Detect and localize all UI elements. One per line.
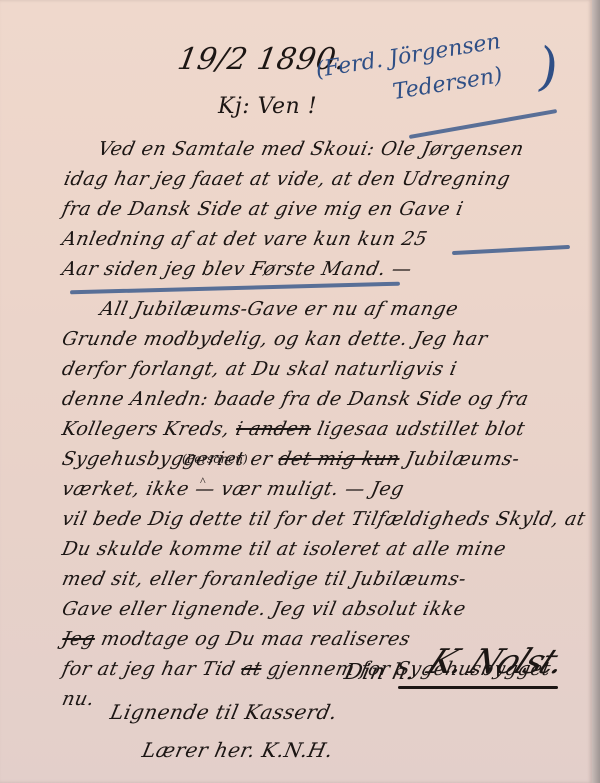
- body-line-14: Du skulde komme til at isoleret at alle …: [60, 538, 508, 560]
- body-line-17: Jeg modtage og Du maa realiseres: [60, 628, 413, 650]
- blue-annotation-line-2: Tedersen): [391, 63, 504, 105]
- body-line-13: vil bede Dig dette til for det Tilfældig…: [60, 508, 588, 530]
- body-line-8: derfor forlangt, at Du skal naturligvis …: [60, 358, 459, 380]
- body-line-5: Aar siden jeg blev Første Mand. —: [60, 258, 414, 280]
- signature: K. Nolst.: [421, 642, 572, 682]
- body-line-12: værket, ikke — vær muligt. — Jeg: [60, 478, 406, 500]
- body-line-19: nu.: [60, 688, 97, 710]
- body-line-16: Gave eller lignende. Jeg vil absolut ikk…: [60, 598, 468, 620]
- body-line-6: All Jubilæums-Gave er nu af mange: [98, 298, 460, 320]
- closing: Din h.: [342, 660, 417, 685]
- blue-underline-first-man: [70, 282, 400, 295]
- blue-closing-parenthesis: ): [534, 37, 562, 99]
- blue-annotation-underline: [409, 109, 557, 139]
- body-line-15: med sit, eller foranledige til Jubilæums…: [60, 568, 468, 590]
- inserted-word: (Personen): [182, 452, 248, 466]
- letter-paper: 19/2 1890. Kj: Ven ! (Ferd. Jörgensen Te…: [0, 0, 592, 783]
- blue-underline-25-years: [452, 245, 570, 255]
- salutation: Kj: Ven !: [218, 94, 317, 119]
- body-line-3: fra de Dansk Side at give mig en Gave i: [60, 198, 465, 220]
- body-line-9: denne Anledn: baade fra de Dansk Side og…: [60, 388, 531, 410]
- body-line-1: Ved en Samtale med Skoui: Ole Jørgensen: [96, 138, 526, 160]
- body-line-10: Kollegers Kreds, i anden ligesaa udstill…: [60, 418, 527, 440]
- postscript-line-1: Lignende til Kasserd.: [108, 700, 340, 724]
- body-line-2: idag har jeg faaet at vide, at den Udreg…: [62, 168, 512, 190]
- body-line-7: Grunde modbydelig, og kan dette. Jeg har: [60, 328, 490, 350]
- paper-edge-shadow: [592, 0, 600, 783]
- signature-underline: [398, 686, 558, 689]
- body-line-11: Sygehusbyggeriet er det mig kun Jubilæum…: [60, 448, 522, 470]
- body-line-4: Anledning af at det vare kun kun 25: [60, 228, 430, 250]
- postscript-line-2: Lærer her. K.N.H.: [140, 738, 335, 762]
